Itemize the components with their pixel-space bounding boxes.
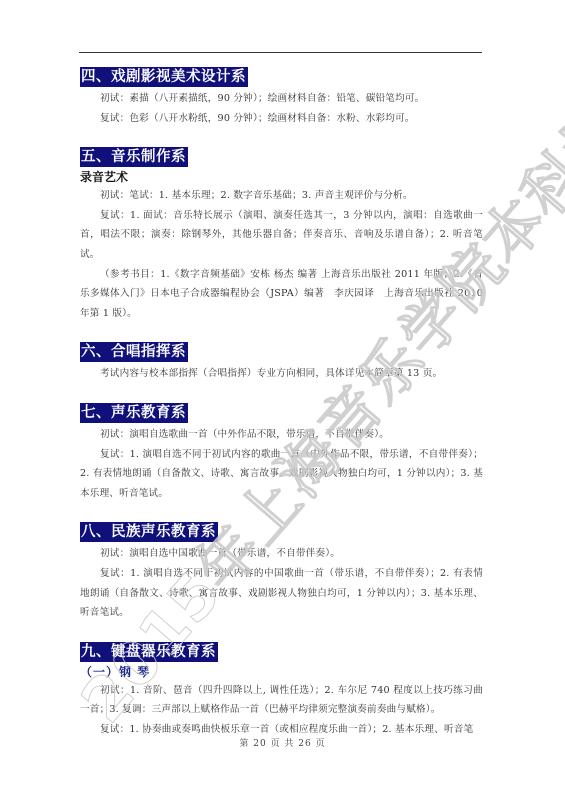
section-title: 六、合唱指挥系 — [80, 342, 188, 362]
section-keyboard-education: 九、键盘器乐教育系 （一）钢 琴 初试：1. 音阶、琶音（四升四降以上, 调性任… — [80, 641, 483, 740]
section-music-production: 五、音乐制作系 录音艺术 初试：笔试：1. 基本乐理；2. 数字音乐基础；3. … — [80, 146, 483, 323]
section-title: 七、声乐教育系 — [80, 403, 188, 423]
paragraph: 初试：素描（八开素描纸，90 分钟）；绘画材料自备：铅笔、碳铅笔均可。 — [80, 89, 483, 109]
section-drama-design: 四、戏剧影视美术设计系 初试：素描（八开素描纸，90 分钟）；绘画材料自备：铅笔… — [80, 66, 483, 128]
page-number: 第 20 页 共 26 页 — [0, 736, 565, 749]
paragraph: 初试：1. 音阶、琶音（四升四降以上, 调性任选）；2. 车尔尼 740 程度以… — [80, 681, 483, 720]
section-folk-vocal-education: 八、民族声乐教育系 初试：演唱自选中国歌曲一首（带乐谱，不自带伴奏）。 复试：1… — [80, 521, 483, 622]
paragraph: 复试：1. 演唱自选不同于初试内容的中国歌曲一首（带乐谱，不自带伴奏）；2. 有… — [80, 564, 483, 623]
document-page: 四、戏剧影视美术设计系 初试：素描（八开素描纸，90 分钟）；绘画材料自备：铅笔… — [0, 0, 565, 800]
subsection-title: 录音艺术 — [80, 168, 483, 186]
section-title: 五、音乐制作系 — [80, 147, 188, 167]
paragraph: 复试：1. 面试：音乐特长展示（演唱、演奏任选其一，3 分钟以内，演唱：自选歌曲… — [80, 206, 483, 265]
section-title: 四、戏剧影视美术设计系 — [80, 67, 248, 87]
subsection-title: （一）钢 琴 — [80, 663, 483, 681]
section-choral-conducting: 六、合唱指挥系 考试内容与校本部指挥（合唱指挥）专业方向相同，具体详见本简章第 … — [80, 341, 483, 384]
reference-books: （参考书目：1.《数字音频基础》安栋 杨杰 编著 上海音乐出版社 2011 年版… — [80, 265, 483, 324]
section-title: 九、键盘器乐教育系 — [80, 642, 218, 662]
paragraph: 初试：笔试：1. 基本乐理；2. 数字音乐基础；3. 声音主观评价与分析。 — [80, 186, 483, 206]
paragraph: 复试：1. 演唱自选不同于初试内容的歌曲一首（中外作品不限，带乐谱，不自带伴奏）… — [80, 445, 483, 504]
paragraph: 考试内容与校本部指挥（合唱指挥）专业方向相同，具体详见本简章第 13 页。 — [80, 364, 483, 384]
paragraph: 初试：演唱自选歌曲一首（中外作品不限，带乐谱，不自带伴奏）。 — [80, 425, 483, 445]
paragraph: 复试：色彩（八开水粉纸，90 分钟）；绘画材料自备：水粉、水彩均可。 — [80, 109, 483, 129]
page-content: 四、戏剧影视美术设计系 初试：素描（八开素描纸，90 分钟）；绘画材料自备：铅笔… — [80, 66, 483, 757]
header-rule — [79, 52, 482, 53]
section-title: 八、民族声乐教育系 — [80, 522, 218, 542]
section-vocal-education: 七、声乐教育系 初试：演唱自选歌曲一首（中外作品不限，带乐谱，不自带伴奏）。 复… — [80, 402, 483, 503]
paragraph: 初试：演唱自选中国歌曲一首（带乐谱，不自带伴奏）。 — [80, 544, 483, 564]
